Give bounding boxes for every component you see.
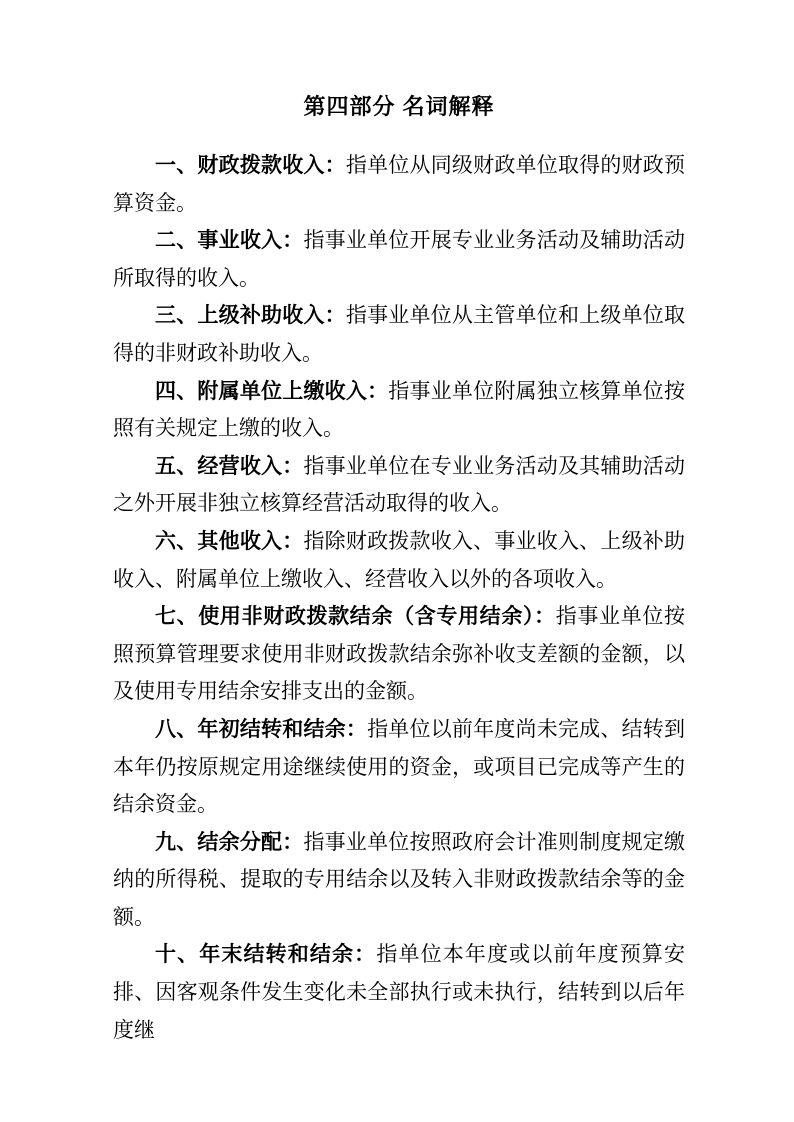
term-name-4: 四、附属单位上缴收入：	[155, 379, 388, 403]
term-paragraph-4: 四、附属单位上缴收入：指事业单位附属独立核算单位按照有关规定上缴的收入。	[113, 373, 685, 448]
term-name-7: 七、使用非财政拨款结余（含专用结余）：	[155, 604, 556, 628]
term-name-9: 九、结余分配：	[155, 830, 303, 854]
term-paragraph-7: 七、使用非财政拨款结余（含专用结余）：指事业单位按照预算管理要求使用非财政拨款结…	[113, 598, 685, 711]
page-title: 第四部分 名词解释	[113, 95, 685, 119]
term-paragraph-9: 九、结余分配：指事业单位按照政府会计准则制度规定缴纳的所得税、提取的专用结余以及…	[113, 824, 685, 937]
term-name-2: 二、事业收入：	[155, 228, 303, 252]
term-name-10: 十、年末结转和结余：	[155, 942, 376, 966]
term-name-6: 六、其他收入：	[155, 529, 303, 553]
glossary-content: 一、财政拨款收入：指单位从同级财政单位取得的财政预算资金。 二、事业收入：指事业…	[113, 147, 685, 1049]
term-paragraph-8: 八、年初结转和结余：指单位以前年度尚未完成、结转到本年仍按原规定用途继续使用的资…	[113, 711, 685, 824]
term-name-3: 三、上级补助收入：	[155, 303, 346, 327]
term-paragraph-10: 十、年末结转和结余：指单位本年度或以前年度预算安排、因客观条件发生变化未全部执行…	[113, 936, 685, 1049]
term-paragraph-5: 五、经营收入：指事业单位在专业业务活动及其辅助活动之外开展非独立核算经营活动取得…	[113, 448, 685, 523]
term-name-8: 八、年初结转和结余：	[155, 717, 367, 741]
term-paragraph-6: 六、其他收入：指除财政拨款收入、事业收入、上级补助收入、附属单位上缴收入、经营收…	[113, 523, 685, 598]
document-page: 第四部分 名词解释 一、财政拨款收入：指单位从同级财政单位取得的财政预算资金。 …	[0, 0, 794, 1122]
term-name-5: 五、经营收入：	[155, 454, 303, 478]
term-paragraph-1: 一、财政拨款收入：指单位从同级财政单位取得的财政预算资金。	[113, 147, 685, 222]
term-paragraph-2: 二、事业收入：指事业单位开展专业业务活动及辅助活动所取得的收入。	[113, 222, 685, 297]
term-name-1: 一、财政拨款收入：	[155, 153, 346, 177]
term-paragraph-3: 三、上级补助收入：指事业单位从主管单位和上级单位取得的非财政补助收入。	[113, 297, 685, 372]
